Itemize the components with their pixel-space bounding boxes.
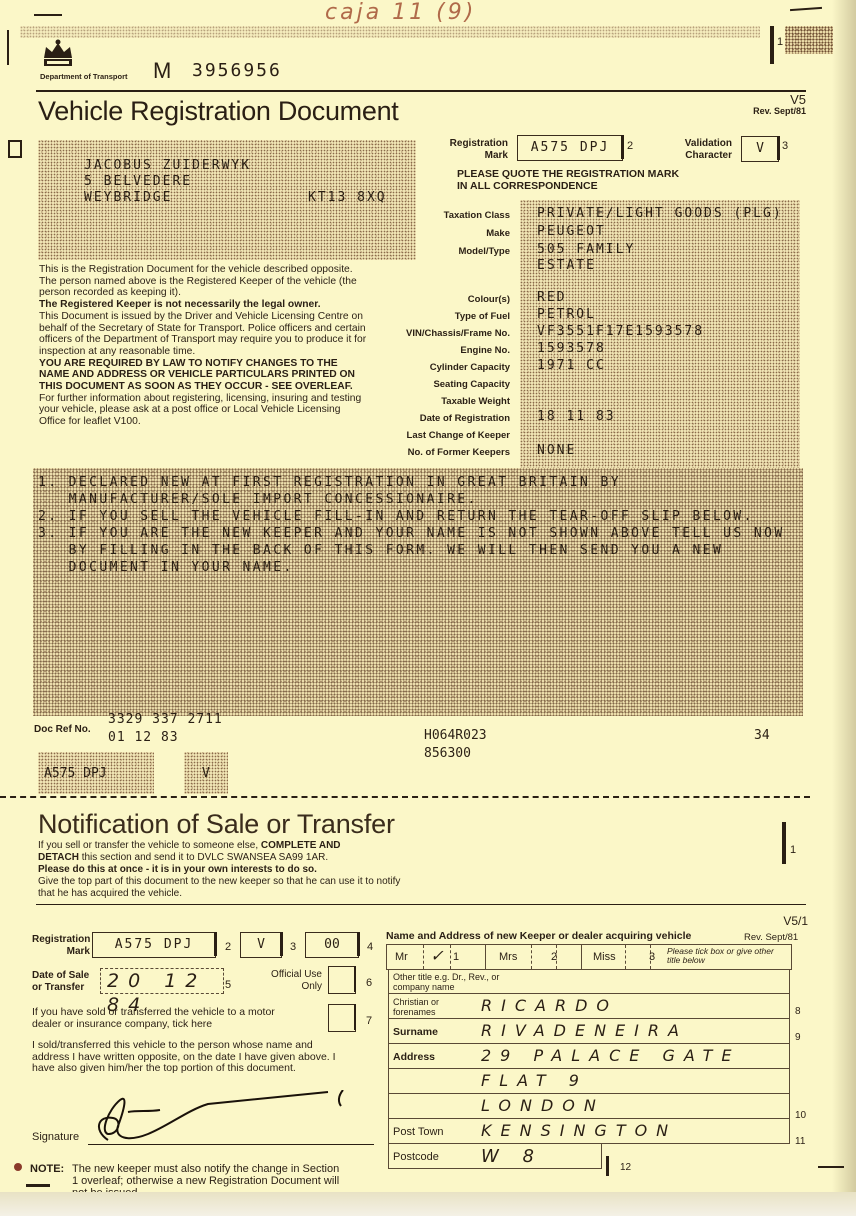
- punch-mark: [8, 140, 22, 158]
- intro-text-bold: DETACH: [38, 852, 79, 863]
- registration-mark-label: Registration Mark: [32, 934, 90, 958]
- title-row: Mr ✓ 1 Mrs 2 Miss 3 Please tick box or g…: [386, 944, 792, 970]
- field-index: 8: [795, 1006, 801, 1017]
- vehicle-field-label: Colour(s): [400, 294, 510, 305]
- ink-dot: [14, 1163, 22, 1171]
- corner-mark-number: 1: [790, 844, 796, 856]
- doc-code: 856300: [424, 746, 471, 761]
- quote-notice: PLEASE QUOTE THE REGISTRATION MARK IN AL…: [457, 168, 679, 192]
- field-index: 5: [225, 979, 231, 991]
- intro-text: Give the top part of this document to th…: [38, 876, 418, 900]
- remark-line: MANUFACTURER/SOLE IMPORT CONCESSIONAIRE.: [38, 491, 785, 508]
- registration-mark-value: A575 DPJ: [517, 135, 623, 161]
- info-paragraph: This is the Registration Document for th…: [39, 264, 369, 299]
- form-revision: Rev. Sept/81: [744, 932, 798, 943]
- field-index: 11: [795, 1136, 805, 1147]
- title-mr-label: Mr: [395, 951, 408, 963]
- doc-ref-number: 3329 337 2711: [108, 712, 223, 727]
- serial-prefix: M: [153, 58, 171, 84]
- official-use-label: Official Use Only: [262, 969, 322, 993]
- vehicle-field-label: Engine No.: [400, 345, 510, 356]
- vehicle-field-value: VF3551F17E1593578: [537, 324, 704, 339]
- transfer-intro: If you sell or transfer the vehicle to s…: [38, 840, 418, 900]
- post-town-value: KENSINGTON: [481, 1121, 677, 1140]
- postcode-value: W 8: [481, 1146, 543, 1167]
- vehicle-field-label: Cylinder Capacity: [400, 362, 510, 373]
- address-label: Address: [393, 1052, 435, 1062]
- signature-label: Signature: [32, 1131, 79, 1143]
- other-title-label: Other title e.g. Dr., Rev., or company n…: [393, 972, 513, 992]
- signature-field[interactable]: [88, 1090, 378, 1156]
- title-hint: Please tick box or give other title belo…: [667, 947, 777, 965]
- vehicle-field-value: PRIVATE/LIGHT GOODS (PLG): [537, 206, 783, 221]
- box-edge: [357, 932, 360, 956]
- stub-validation-character: V: [202, 766, 210, 781]
- surname-value: RIVADENEIRA: [481, 1021, 688, 1040]
- stub-registration-mark: A575 DPJ: [44, 766, 107, 781]
- corner-mark-bar: [782, 822, 786, 864]
- header-rule: [36, 90, 806, 92]
- forenames-row[interactable]: Christian or forenames RICARDO: [388, 994, 790, 1019]
- title-mr-checkbox[interactable]: ✓: [423, 945, 451, 969]
- remarks: 1. DECLARED NEW AT FIRST REGISTRATION IN…: [38, 474, 785, 576]
- section-rule: [36, 904, 806, 905]
- serial-number: 3956956: [192, 60, 282, 81]
- intro-text-bold: Please do this at once - it is in your o…: [38, 864, 418, 876]
- legal-notice: YOU ARE REQUIRED BY LAW TO NOTIFY CHANGE…: [39, 358, 369, 393]
- field-index: 9: [795, 1032, 801, 1043]
- title-mrs-label: Mrs: [499, 951, 517, 963]
- vehicle-field-label: Type of Fuel: [400, 311, 510, 322]
- vehicle-field-label: No. of Former Keepers: [400, 447, 510, 458]
- remark-line: 2. IF YOU SELL THE VEHICLE FILL-IN AND R…: [38, 508, 785, 525]
- vehicle-field-value: 18 11 83: [537, 409, 616, 424]
- note-label: NOTE:: [30, 1163, 64, 1175]
- page-bottom-edge: [0, 1192, 856, 1216]
- corner-mark-number: 1: [777, 36, 783, 48]
- field-index: 3: [782, 140, 788, 152]
- field-index: 3: [290, 941, 296, 953]
- scan-noise: [785, 26, 833, 54]
- post-town-label: Post Town: [393, 1127, 444, 1137]
- address-line: FLAT 9: [481, 1071, 588, 1090]
- address-row-2[interactable]: FLAT 9: [388, 1069, 790, 1094]
- remark-line: 1. DECLARED NEW AT FIRST REGISTRATION IN…: [38, 474, 785, 491]
- box-edge: [606, 1156, 609, 1176]
- vehicle-field-value: 505 FAMILY: [537, 242, 635, 257]
- intro-text: this section and send it to DVLC SWANSEA…: [79, 852, 328, 863]
- box-edge: [777, 136, 780, 160]
- keeper-town: WEYBRIDGE: [84, 190, 172, 205]
- address-line: 29 PALACE GATE: [481, 1046, 741, 1065]
- box-edge: [280, 932, 283, 956]
- doc-ref-date: 01 12 83: [108, 730, 179, 745]
- surname-row[interactable]: Surname RIVADENEIRA: [388, 1019, 790, 1044]
- forenames-value: RICARDO: [481, 996, 618, 1015]
- vehicle-field-label: Model/Type: [400, 246, 510, 257]
- info-paragraph-bold: The Registered Keeper is not necessarily…: [39, 299, 369, 311]
- stub-validation: V: [184, 752, 228, 794]
- page-shadow: [832, 0, 856, 1216]
- field-index: 2: [551, 951, 557, 963]
- quote-notice-line: IN ALL CORRESPONDENCE: [457, 180, 679, 192]
- field-index: 6: [366, 977, 372, 989]
- registration-mark-label: Registration Mark: [432, 138, 508, 162]
- transfer-registration-mark: A575 DPJ: [92, 932, 216, 958]
- intro-text-bold: COMPLETE AND: [261, 840, 341, 851]
- vehicle-field-label: Seating Capacity: [400, 379, 510, 390]
- doc-code: H064R023: [424, 728, 487, 743]
- margin-mark: [7, 30, 9, 65]
- vehicle-field-value: 1593578: [537, 341, 606, 356]
- field-index: 7: [366, 1015, 372, 1027]
- vehicle-field-value: 1971 CC: [537, 358, 606, 373]
- title-miss-label: Miss: [593, 951, 616, 963]
- declaration-text: I sold/transferred this vehicle to the p…: [32, 1040, 352, 1075]
- field-index: 2: [225, 941, 231, 953]
- surname-label: Surname: [393, 1027, 438, 1037]
- tear-mark: [34, 14, 62, 16]
- vehicle-field-label: Taxation Class: [400, 210, 510, 221]
- remark-line: BY FILLING IN THE BACK OF THIS FORM. WE …: [38, 542, 785, 559]
- address-row-3[interactable]: LONDON: [388, 1094, 790, 1119]
- other-title-row[interactable]: Other title e.g. Dr., Rev., or company n…: [388, 969, 790, 994]
- section-title: Notification of Sale or Transfer: [38, 809, 395, 840]
- intro-text: If you sell or transfer the vehicle to s…: [38, 840, 261, 851]
- vehicle-field-value: PEUGEOT: [537, 224, 606, 239]
- page-title: Vehicle Registration Document: [38, 96, 399, 127]
- post-town-row[interactable]: Post Town KENSINGTON: [388, 1119, 790, 1144]
- field-index: 1: [453, 951, 459, 963]
- info-paragraph: For further information about registerin…: [39, 393, 369, 428]
- validation-character: V: [741, 136, 779, 162]
- remark-line: 3. IF YOU ARE THE NEW KEEPER AND YOUR NA…: [38, 525, 785, 542]
- form-revision: Rev. Sept/81: [720, 106, 806, 116]
- vehicle-field-label: VIN/Chassis/Frame No.: [400, 328, 510, 339]
- title-miss-checkbox[interactable]: [625, 945, 651, 969]
- info-text: This is the Registration Document for th…: [39, 264, 369, 428]
- postcode-row[interactable]: Postcode W 8: [388, 1144, 602, 1169]
- remark-line: DOCUMENT IN YOUR NAME.: [38, 559, 785, 576]
- address-line: LONDON: [481, 1096, 605, 1115]
- official-use-field[interactable]: [328, 966, 356, 994]
- field-index: 3: [649, 951, 655, 963]
- crown-icon: [40, 38, 76, 68]
- vehicle-field-value: ESTATE: [537, 258, 596, 273]
- quote-notice-line: PLEASE QUOTE THE REGISTRATION MARK: [457, 168, 679, 180]
- keeper-address-block: JACOBUS ZUIDERWYK 5 BELVEDERE WEYBRIDGE …: [38, 140, 416, 260]
- vehicle-field-label: Make: [400, 228, 510, 239]
- dealer-checkbox[interactable]: [328, 1004, 356, 1032]
- date-of-sale-label: Date of Sale or Transfer: [32, 970, 92, 994]
- tear-mark: [790, 7, 822, 11]
- keeper-address-line: 5 BELVEDERE: [84, 174, 192, 189]
- dealer-label: If you have sold or transferred the vehi…: [32, 1006, 302, 1030]
- info-paragraph: This Document is issued by the Driver an…: [39, 311, 369, 358]
- tear-mark: [818, 1166, 844, 1168]
- field-index: 4: [367, 941, 373, 953]
- vehicle-field-value: RED: [537, 290, 566, 305]
- keeper-name: JACOBUS ZUIDERWYK: [84, 158, 251, 174]
- box-edge: [621, 135, 624, 159]
- form-code: V5: [770, 92, 806, 107]
- doc-ref-label: Doc Ref No.: [34, 724, 91, 735]
- vehicle-field-label: Taxable Weight: [400, 396, 510, 407]
- forenames-label: Christian or forenames: [393, 997, 453, 1017]
- vehicle-field-value: PETROL: [537, 307, 596, 322]
- signature-line: [88, 1144, 374, 1145]
- vehicle-particulars: Taxation ClassPRIVATE/LIGHT GOODS (PLG)M…: [400, 205, 820, 465]
- field-index: 10: [795, 1110, 806, 1121]
- signature-scribble-icon: [88, 1090, 378, 1156]
- address-row-1[interactable]: Address 29 PALACE GATE: [388, 1044, 790, 1069]
- archive-note: caja 11 (9): [325, 0, 476, 25]
- page-code: 34: [754, 728, 770, 743]
- postcode-label: Postcode: [393, 1152, 439, 1162]
- date-of-sale-input[interactable]: 20 12 84: [100, 968, 224, 994]
- field-index: 2: [627, 140, 633, 152]
- validation-label: Validation Character: [672, 138, 732, 162]
- transfer-validation-character: V: [240, 932, 282, 958]
- box-edge: [354, 1004, 356, 1030]
- corner-mark-bar: [770, 26, 774, 64]
- new-keeper-heading: Name and Address of new Keeper or dealer…: [386, 930, 691, 942]
- department-name: Department of Transport: [40, 72, 128, 81]
- form-code: V5/1: [760, 914, 808, 928]
- note-underline: [26, 1184, 50, 1187]
- transfer-extra-code: 00: [305, 932, 359, 958]
- stub-registration: A575 DPJ: [38, 752, 154, 794]
- tear-line[interactable]: [0, 796, 810, 798]
- vehicle-field-label: Date of Registration: [400, 413, 510, 424]
- field-index: 12: [620, 1162, 631, 1173]
- box-edge: [354, 966, 356, 992]
- vehicle-field-value: NONE: [537, 443, 576, 458]
- scan-noise: [20, 26, 760, 38]
- box-edge: [214, 932, 217, 956]
- vehicle-field-label: Last Change of Keeper: [400, 430, 510, 441]
- keeper-postcode: KT13 8XQ: [308, 190, 387, 205]
